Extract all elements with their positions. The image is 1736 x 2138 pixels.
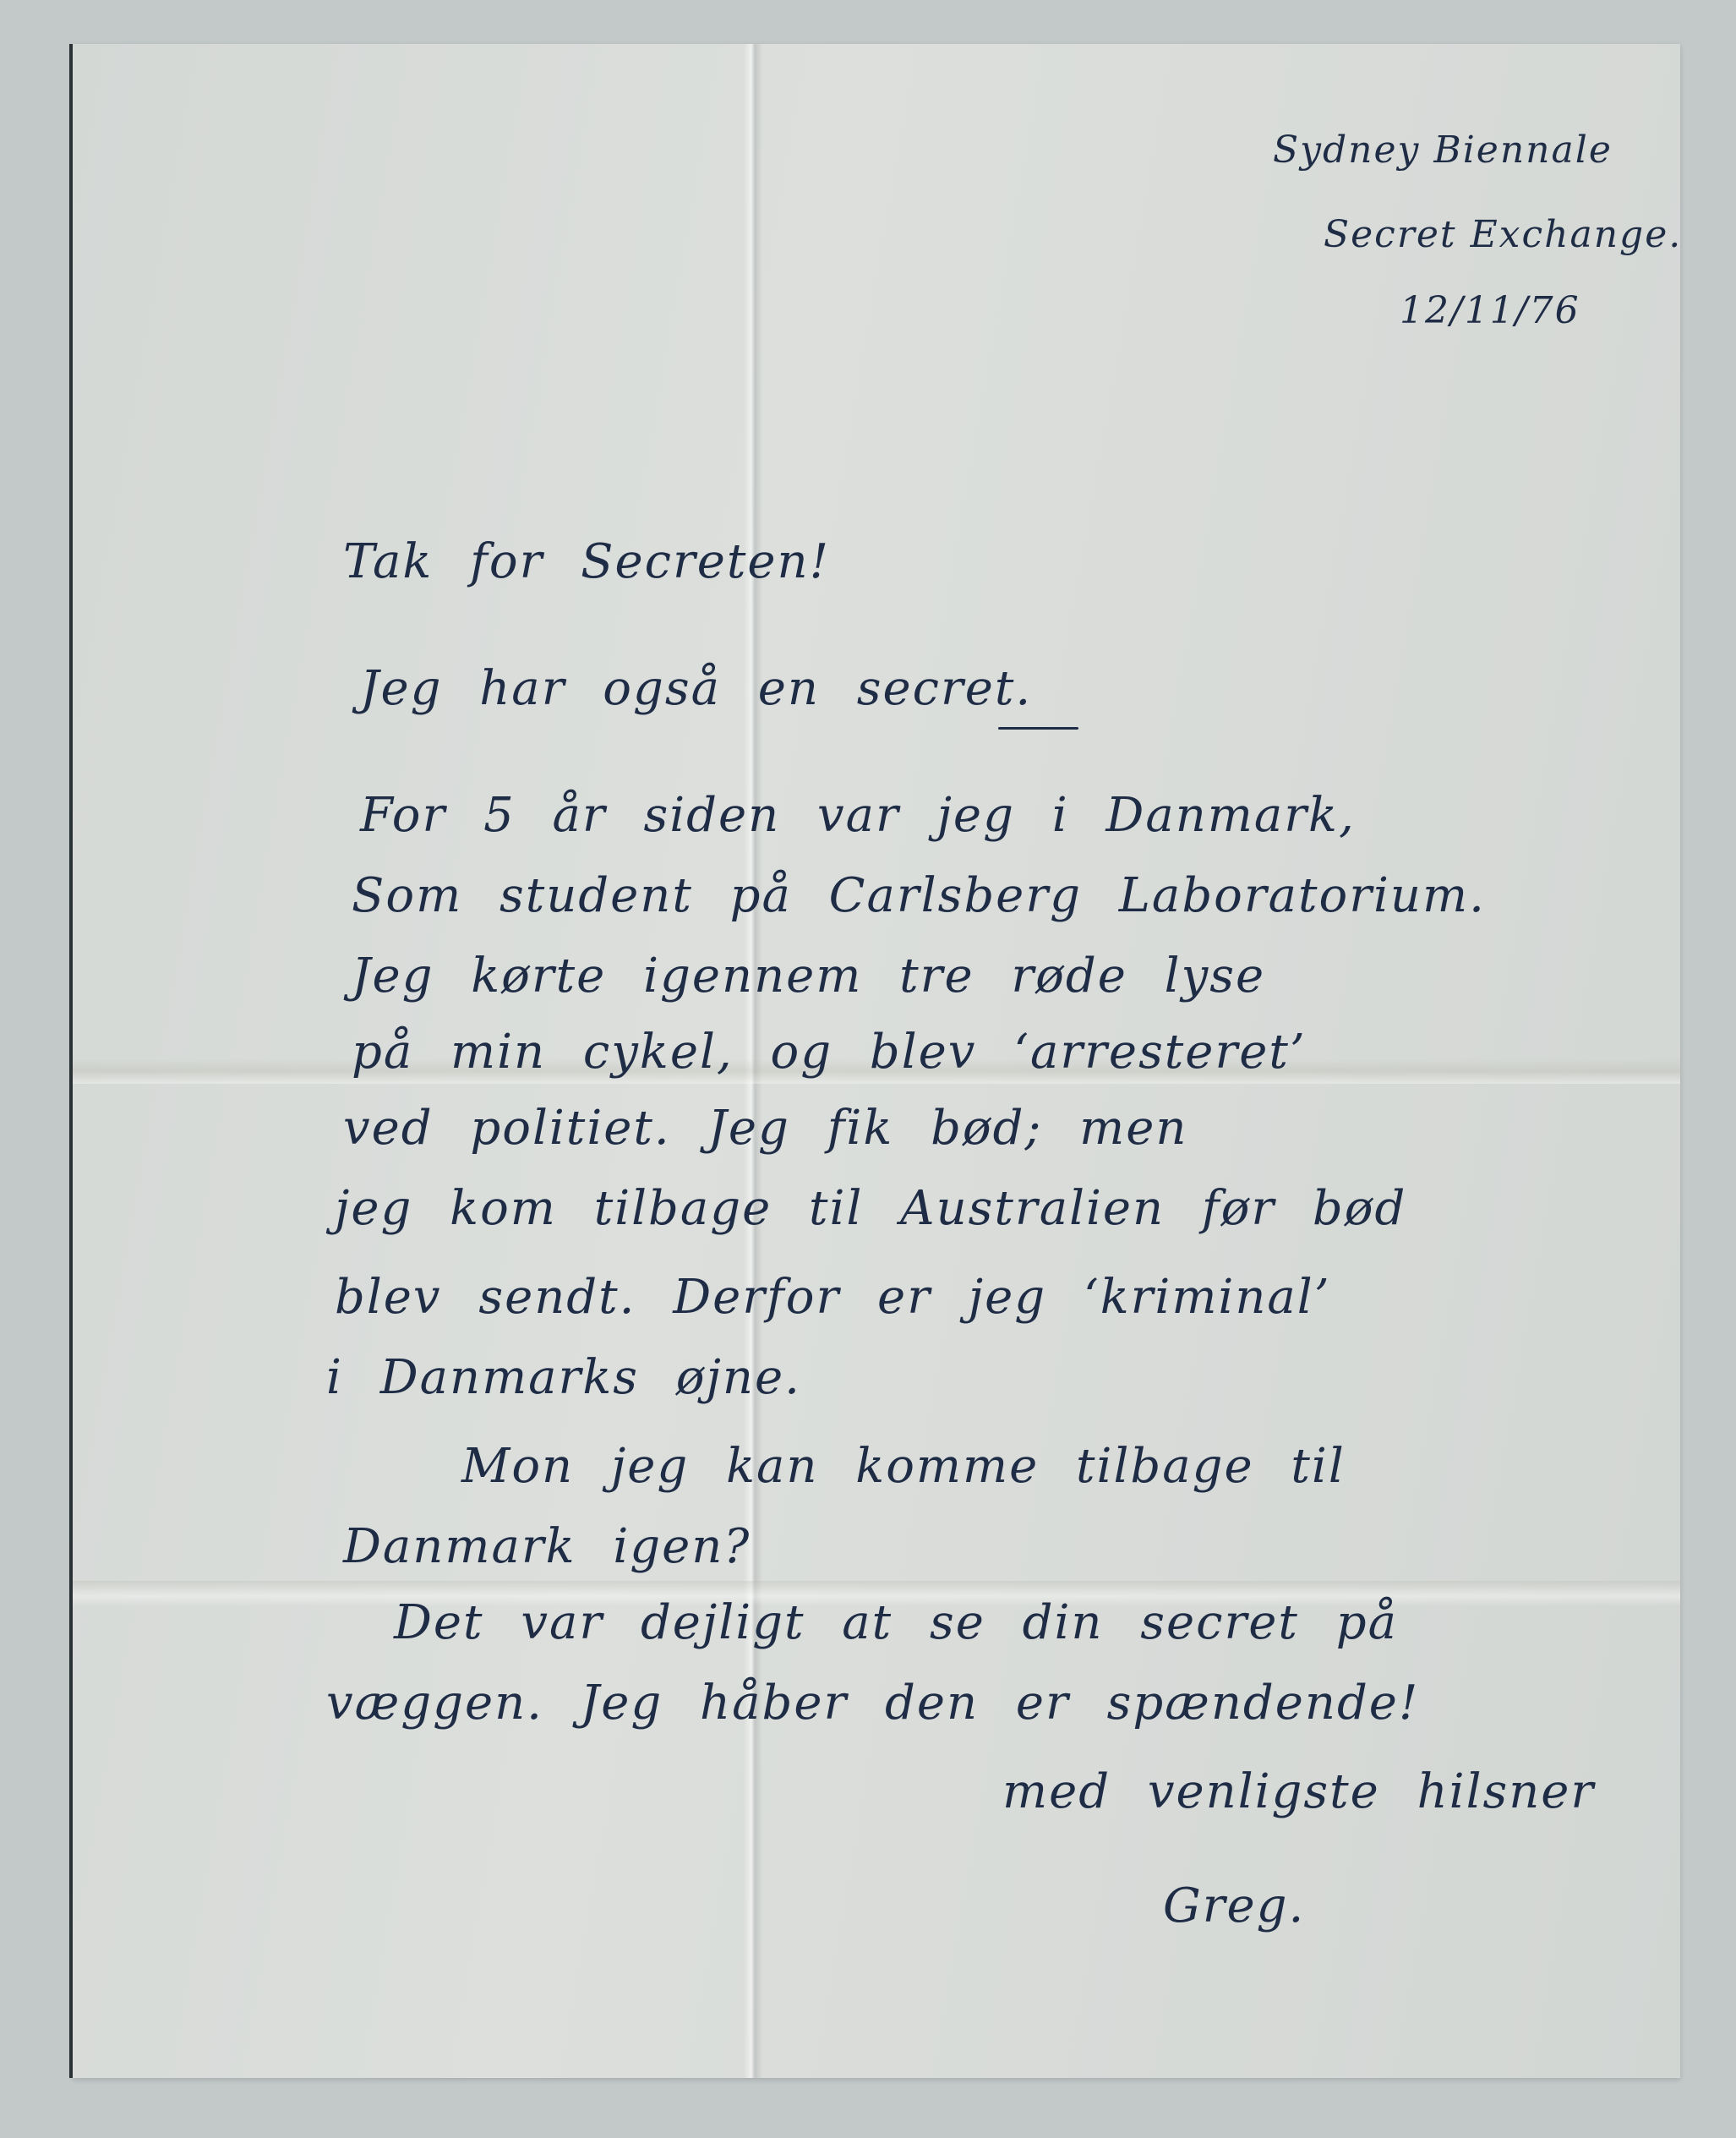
letter-closing: med venligste hilsner: [1002, 1764, 1595, 1819]
letter-line: For 5 år siden var jeg i Danmark,: [360, 788, 1356, 843]
letter-line: Jeg har også en secret.: [360, 661, 1032, 716]
secret-underline: [998, 727, 1078, 730]
header-event-name: Sydney Biennale: [1273, 128, 1613, 172]
letter-line: på min cykel, og blev ‘arresteret’: [352, 1025, 1307, 1080]
letter-line: jeg kom tilbage til Australien før bød: [335, 1181, 1406, 1236]
header-date: 12/11/76: [1400, 289, 1580, 332]
letter-line: væggen. Jeg håber den er spændende!: [326, 1676, 1419, 1731]
letter-line: Som student på Carlsberg Laboratorium.: [352, 868, 1486, 923]
letter-line: ved politiet. Jeg fik bød; men: [343, 1101, 1187, 1156]
letter-line: Det var dejligt at se din secret på: [394, 1595, 1398, 1650]
letter-line: Jeg kørte igennem tre røde lyse: [352, 949, 1265, 1003]
letter-line: blev sendt. Derfor er jeg ‘kriminal’: [335, 1270, 1331, 1325]
letter-line: Mon jeg kan komme tilbage til: [461, 1439, 1346, 1494]
letter-paper: Sydney Biennale Secret Exchange. 12/11/7…: [73, 44, 1680, 2078]
header-event-subtitle: Secret Exchange.: [1324, 213, 1682, 256]
letter-line: i Danmarks øjne.: [326, 1350, 801, 1405]
letter-line: Danmark igen?: [343, 1519, 751, 1574]
letter-signature: Greg.: [1163, 1878, 1305, 1933]
letter-greeting: Tak for Secreten!: [343, 534, 830, 589]
